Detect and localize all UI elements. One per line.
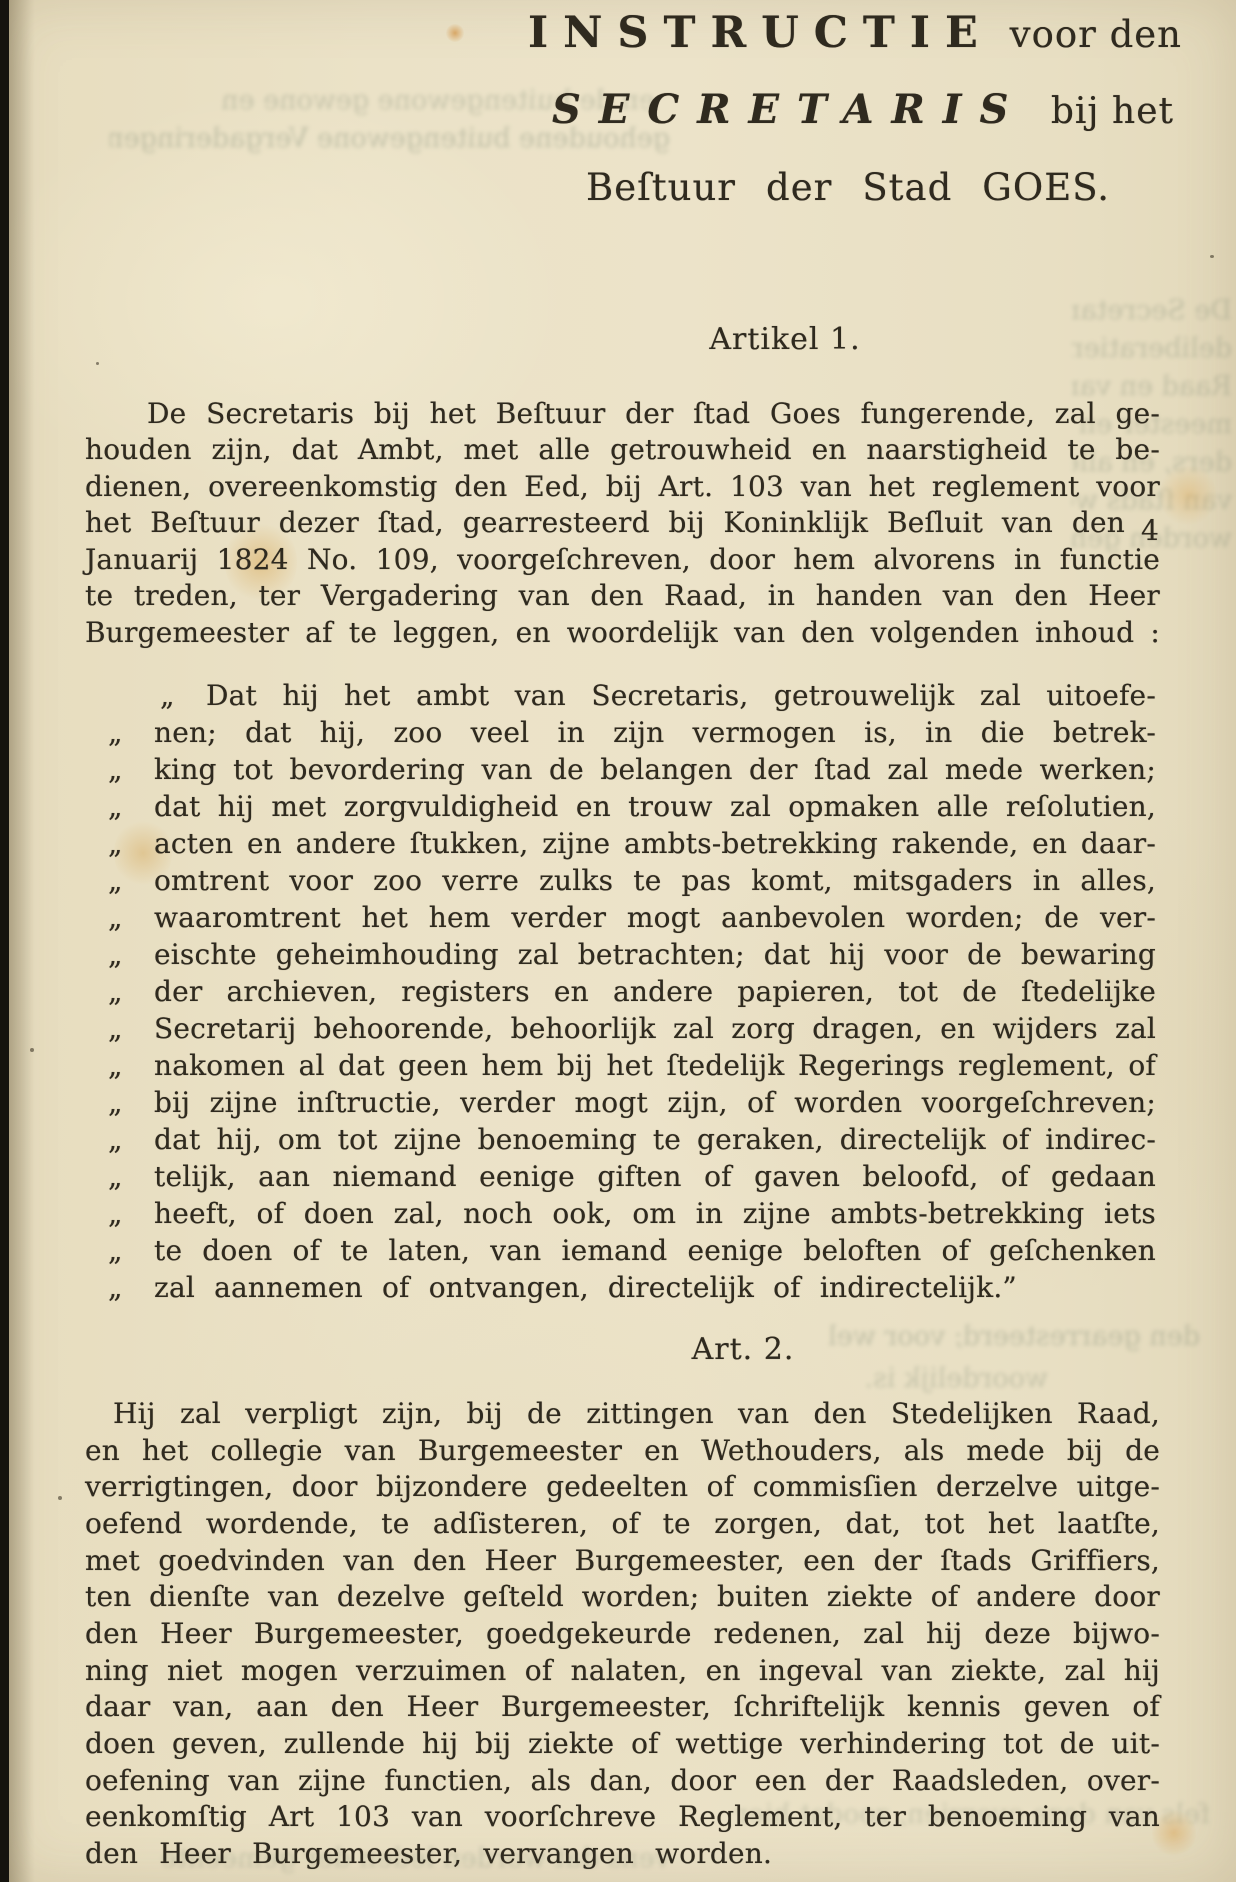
quote-line: „ bij zijne inſtructie, verder mogt zijn…	[108, 1085, 1156, 1121]
quote-line: „ acten en andere ſtukken, zijne ambts-b…	[108, 826, 1156, 862]
text-line: Januarij 1824 No. 109, voorgeſchreven, d…	[85, 542, 1160, 578]
stain	[446, 24, 464, 42]
text-line: met goedvinden van den Heer Burgemeester…	[85, 1543, 1160, 1579]
text-line: Burgemeester af te leggen, en woordelijk…	[85, 615, 1160, 651]
title-line-1-rest: voor den	[1010, 13, 1182, 56]
text-line: daar van, aan den Heer Burgemeester, ſch…	[85, 1689, 1160, 1725]
quote-mark: „	[108, 1233, 154, 1269]
quote-mark: „	[108, 1048, 154, 1084]
text-line: Hij zal verpligt zijn, bij de zittingen …	[85, 1396, 1160, 1432]
quote-line: „ Dat hij het ambt van Secretaris, getro…	[160, 678, 1156, 714]
quote-mark: „	[108, 1122, 154, 1158]
text-line: dienen, overeenkomstig den Eed, bij Art.…	[85, 469, 1160, 505]
quote-line: „ dat hij, om tot zijne benoeming te ger…	[108, 1122, 1156, 1158]
quote-line: „ der archieven, registers en andere pap…	[108, 974, 1156, 1010]
text-line: te treden, ter Vergadering van den Raad,…	[85, 578, 1160, 614]
text-line: houden zijn, dat Ambt, met alle getrouwh…	[85, 432, 1160, 468]
quote-line: „ te doen of te laten, van iemand eenige…	[108, 1233, 1156, 1269]
document-title-line-2: SECRETARIS bij het	[552, 86, 1174, 133]
scan-left-edge	[0, 0, 9, 1882]
quote-line: „ telijk, aan niemand eenige giften of g…	[108, 1159, 1156, 1195]
quote-line: „ nakomen al dat geen hem bij het ſtedel…	[108, 1048, 1156, 1084]
quote-line: „ Secretarij behoorende, behoorlijk zal …	[108, 1011, 1156, 1047]
quote-mark: „	[108, 752, 154, 788]
text-line: oefening van zijne functien, als dan, do…	[85, 1763, 1160, 1799]
quote-mark: „	[108, 1196, 154, 1232]
quote-line: „ heeft, of doen zal, noch ook, om in zi…	[108, 1196, 1156, 1232]
text-line: ten dienſte van dezelve geſteld worden; …	[85, 1579, 1160, 1615]
scan-left-shadow	[9, 0, 35, 1882]
quote-mark: „	[108, 1011, 154, 1047]
text-line: eenkomſtig Art 103 van voorſchreve Regle…	[85, 1799, 1160, 1835]
document-title-line-1: INSTRUCTIE voor den	[528, 8, 1182, 58]
speck	[58, 1496, 62, 1500]
quote-mark: „	[108, 937, 154, 973]
text-line: en het collegie van Burgemeester en Weth…	[85, 1433, 1160, 1469]
quote-mark: „	[108, 1159, 154, 1195]
quote-mark: „	[108, 715, 154, 751]
text-line: oefend wordende, te adſisteren, of te zo…	[85, 1506, 1160, 1542]
text-line: den Heer Burgemeester, vervangen worden.	[85, 1836, 1160, 1872]
quote-mark: „	[160, 678, 206, 714]
quote-mark: „	[108, 826, 154, 862]
quote-line: „ waaromtrent het hem verder mogt aanbev…	[108, 900, 1156, 936]
text-line: verrigtingen, door bijzondere gedeelten …	[85, 1469, 1160, 1505]
quote-line: „ eischte geheimhouding zal betrachten; …	[108, 937, 1156, 973]
quote-mark: „	[108, 1270, 154, 1306]
showthrough-text: De Secretaris zal de	[1072, 292, 1232, 329]
title-word-instructie: INSTRUCTIE	[528, 8, 993, 58]
text-line: De Secretaris bij het Beſtuur der ſtad G…	[85, 396, 1160, 432]
title-word-secretaris: SECRETARIS	[552, 86, 1026, 133]
article-2-heading: Art. 2.	[618, 1332, 868, 1367]
title-line-2-rest: bij het	[1051, 91, 1174, 132]
quote-mark: „	[108, 1085, 154, 1121]
speck	[1210, 255, 1214, 258]
text-line: den Heer Burgemeester, goedgekeurde rede…	[85, 1616, 1160, 1652]
quote-mark: „	[108, 863, 154, 899]
quote-line: „ omtrent voor zoo verre zulks te pas ko…	[108, 863, 1156, 899]
speck	[96, 362, 99, 365]
document-page: en de buitengewone gewone en gehoudene b…	[0, 0, 1236, 1882]
quote-mark: „	[108, 974, 154, 1010]
quote-line: „ nen; dat hij, zoo veel in zijn vermoge…	[108, 715, 1156, 751]
quote-mark: „	[108, 789, 154, 825]
quote-mark: „	[108, 900, 154, 936]
speck	[30, 1048, 34, 1052]
text-line: doen geven, zullende hij bij ziekte of w…	[85, 1726, 1160, 1762]
showthrough-text: deliberatien van den	[1072, 330, 1232, 367]
quote-line: „ dat hij met zorgvuldigheid en trouw za…	[108, 789, 1156, 825]
text-line: ning niet mogen verzuimen of nalaten, en…	[85, 1653, 1160, 1689]
quote-line: „ zal aannemen of ontvangen, directelijk…	[108, 1270, 1156, 1306]
document-title-line-3: Beſtuur der Stad GOES.	[586, 166, 1110, 209]
text-line: het Beſtuur dezer ſtad, gearresteerd bij…	[85, 505, 1125, 541]
showthrough-text: den gearresteerd; voor welker gel	[828, 1318, 1200, 1355]
quote-line: „ king tot bevordering van de belangen d…	[108, 752, 1156, 788]
article-1-heading: Artikel 1.	[640, 322, 930, 357]
